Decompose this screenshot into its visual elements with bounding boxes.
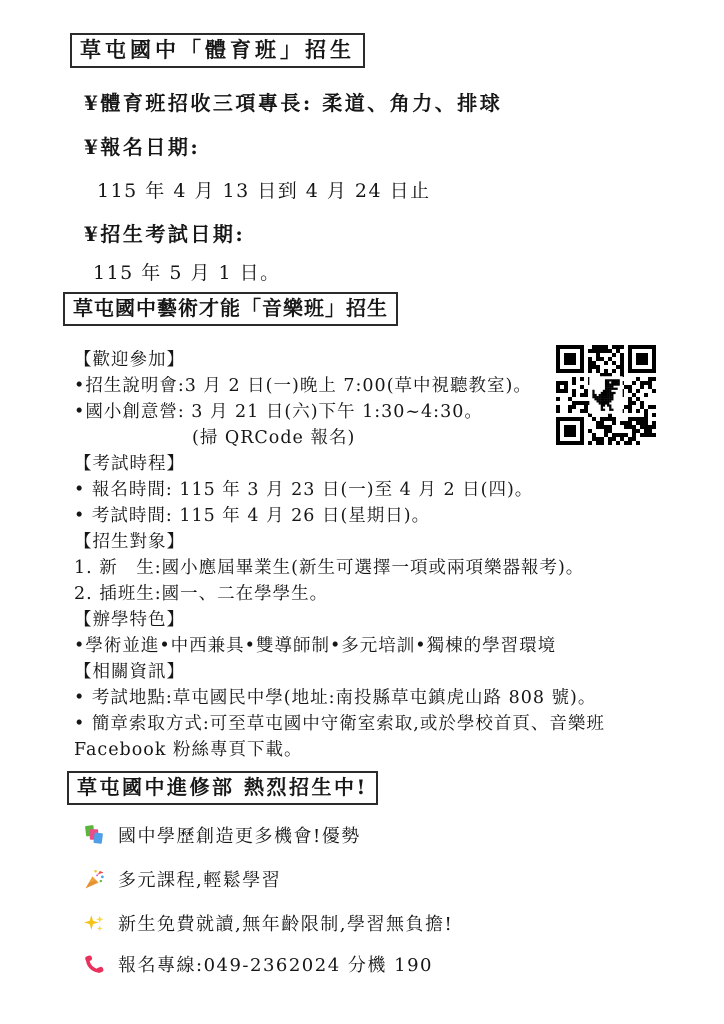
evening-item-text: 多元課程,輕鬆學習 — [118, 866, 281, 892]
evening-item-text: 國中學歷創造更多機會!優勢 — [118, 822, 361, 848]
music-section-title: 草屯國中藝術才能「音樂班」招生 — [63, 292, 398, 326]
evening-item-text: 新生免費就讀,無年齡限制,學習無負擔! — [118, 910, 453, 936]
phone-icon — [84, 954, 105, 975]
evening-item-text: 報名專線:049-2362024 分機 190 — [118, 951, 433, 977]
sports-exam-date-value: 115 年 5 月 1 日。 — [93, 258, 281, 285]
evening-section-title: 草屯國中進修部 熱烈招生中! — [67, 771, 378, 805]
music-target-heading: 【招生對象】 — [74, 529, 674, 555]
music-exam-time-line: • 考試時間: 115 年 4 月 26 日(星期日)。 — [74, 503, 674, 529]
evening-item-courses: 多元課程,輕鬆學習 — [84, 866, 281, 892]
music-features-line: •學術並進•中西兼具•雙導師制•多元培訓•獨棟的學習環境 — [74, 633, 674, 659]
sports-signup-date-label: ¥報名日期: — [84, 131, 200, 160]
sports-signup-date-value: 115 年 4 月 13 日到 4 月 24 日止 — [97, 176, 431, 203]
music-target-transfer: 2. 插班生:國一、二在學學生。 — [74, 581, 674, 607]
music-brochure-line-1: • 簡章索取方式:可至草屯國中守衛室索取,或於學校首頁、音樂班 — [74, 711, 674, 737]
music-info-heading: 【相關資訊】 — [74, 659, 674, 685]
evening-item-free-enroll: 新生免費就讀,無年齡限制,學習無負擔! — [84, 910, 453, 936]
music-schedule-heading: 【考試時程】 — [74, 451, 674, 477]
music-brochure-line-2: Facebook 粉絲專頁下載。 — [74, 737, 674, 763]
party-popper-icon — [84, 869, 105, 890]
music-signup-time-line: • 報名時間: 115 年 3 月 23 日(一)至 4 月 2 日(四)。 — [74, 477, 674, 503]
evening-item-diploma: 國中學歷創造更多機會!優勢 — [84, 822, 361, 848]
music-exam-place-line: • 考試地點:草屯國民中學(地址:南投縣草屯鎮虎山路 808 號)。 — [74, 685, 674, 711]
sports-section-title: 草屯國中「體育班」招生 — [70, 33, 365, 68]
flyer-document: 草屯國中「體育班」招生 ¥體育班招收三項專長: 柔道、角力、排球 ¥報名日期: … — [0, 0, 724, 1024]
evening-item-hotline: 報名專線:049-2362024 分機 190 — [84, 951, 433, 977]
sports-specialties-line: ¥體育班招收三項專長: 柔道、角力、排球 — [84, 87, 502, 116]
sparkles-icon — [84, 913, 105, 934]
books-icon — [84, 825, 105, 846]
qr-code — [556, 345, 656, 445]
sports-exam-date-label: ¥招生考試日期: — [84, 218, 245, 247]
music-features-heading: 【辦學特色】 — [74, 607, 674, 633]
music-target-new: 1. 新 生:國小應屆畢業生(新生可選擇一項或兩項樂器報考)。 — [74, 555, 674, 581]
